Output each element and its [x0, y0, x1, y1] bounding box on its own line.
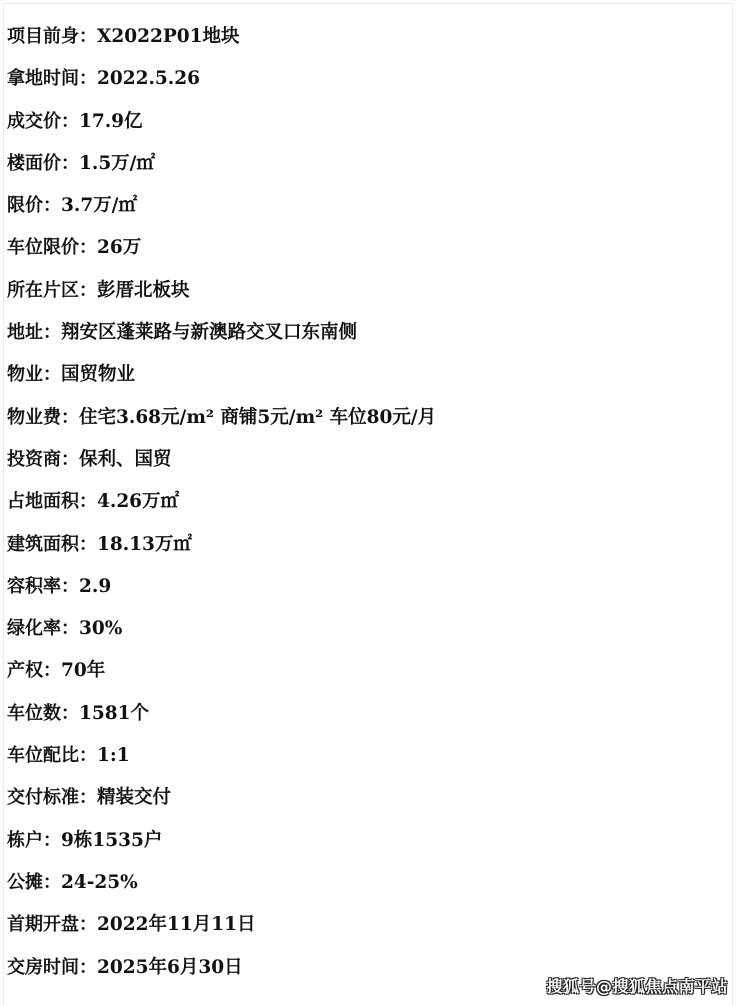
info-row-predecessor: 项目前身：X2022P01地块 — [7, 24, 436, 66]
row-value: 1:1 — [97, 745, 130, 766]
row-label: 建筑面积： — [7, 534, 97, 555]
row-value: 70年 — [61, 660, 105, 681]
row-label: 绿化率： — [7, 618, 79, 639]
row-label: 产权： — [7, 660, 61, 681]
info-row-floor-price: 楼面价：1.5万/㎡ — [7, 151, 436, 193]
row-value: 30% — [79, 618, 122, 639]
info-row-property-rights: 产权：70年 — [7, 658, 436, 700]
row-label: 成交价： — [7, 111, 79, 132]
info-row-district: 所在片区：彭厝北板块 — [7, 278, 436, 320]
row-value: 国贸物业 — [61, 364, 135, 385]
info-row-parking-ratio: 车位配比：1:1 — [7, 743, 436, 785]
info-row-property-fee: 物业费：住宅3.68元/m² 商铺5元/m² 车位80元/月 — [7, 405, 436, 447]
row-label: 拿地时间： — [7, 68, 97, 89]
info-row-land-area: 占地面积：4.26万㎡ — [7, 489, 436, 531]
row-label: 栋户： — [7, 830, 61, 851]
row-label: 物业： — [7, 364, 61, 385]
info-row-green-ratio: 绿化率：30% — [7, 616, 436, 658]
row-value: 3.7万/㎡ — [61, 195, 137, 216]
row-label: 地址： — [7, 322, 61, 343]
row-label: 交房时间： — [7, 957, 97, 978]
info-row-shared-area: 公摊：24-25% — [7, 870, 436, 912]
row-label: 车位数： — [7, 703, 79, 724]
row-value: 26万 — [97, 237, 141, 258]
row-label: 物业费： — [7, 407, 79, 428]
row-value: 18.13万㎡ — [97, 534, 192, 555]
row-value: 1.5万/㎡ — [79, 153, 155, 174]
info-row-property-mgmt: 物业：国贸物业 — [7, 362, 436, 404]
row-value: 保利、国贸 — [79, 449, 172, 470]
info-row-building-area: 建筑面积：18.13万㎡ — [7, 532, 436, 574]
info-row-price-cap: 限价：3.7万/㎡ — [7, 193, 436, 235]
row-value: X2022P01地块 — [97, 26, 240, 47]
row-value: 2022.5.26 — [97, 68, 200, 89]
row-label: 公摊： — [7, 872, 61, 893]
row-value: 24-25% — [61, 872, 138, 893]
row-value: 住宅3.68元/m² 商铺5元/m² 车位80元/月 — [79, 407, 436, 428]
info-row-land-date: 拿地时间：2022.5.26 — [7, 66, 436, 108]
row-value: 2.9 — [79, 576, 111, 597]
info-row-delivery-standard: 交付标准：精装交付 — [7, 785, 436, 827]
project-info-list: 项目前身：X2022P01地块 拿地时间：2022.5.26 成交价：17.9亿… — [7, 24, 436, 997]
row-label: 投资商： — [7, 449, 79, 470]
row-value: 1581个 — [79, 703, 149, 724]
row-value: 2025年6月30日 — [97, 957, 243, 978]
row-label: 占地面积： — [7, 491, 97, 512]
row-value: 4.26万㎡ — [97, 491, 179, 512]
info-row-handover-date: 交房时间：2025年6月30日 — [7, 955, 436, 997]
row-label: 限价： — [7, 195, 61, 216]
row-label: 容积率： — [7, 576, 79, 597]
info-row-plot-ratio: 容积率：2.9 — [7, 574, 436, 616]
row-label: 项目前身： — [7, 26, 97, 47]
info-row-investor: 投资商：保利、国贸 — [7, 447, 436, 489]
info-row-deal-price: 成交价：17.9亿 — [7, 109, 436, 151]
row-label: 所在片区： — [7, 280, 97, 301]
row-label: 首期开盘： — [7, 914, 97, 935]
info-row-first-opening: 首期开盘：2022年11月11日 — [7, 912, 436, 954]
row-value: 17.9亿 — [79, 111, 143, 132]
row-value: 精装交付 — [97, 787, 171, 808]
row-value: 2022年11月11日 — [97, 914, 255, 935]
row-label: 交付标准： — [7, 787, 97, 808]
row-label: 车位配比： — [7, 745, 97, 766]
info-row-parking-count: 车位数：1581个 — [7, 701, 436, 743]
row-value: 翔安区蓬莱路与新澳路交叉口东南侧 — [61, 322, 357, 343]
info-row-buildings-units: 栋户：9栋1535户 — [7, 828, 436, 870]
source-watermark: 搜狐号@搜狐焦点南平站 — [546, 974, 728, 997]
row-label: 车位限价： — [7, 237, 97, 258]
row-label: 楼面价： — [7, 153, 79, 174]
info-row-address: 地址：翔安区蓬莱路与新澳路交叉口东南侧 — [7, 320, 436, 362]
row-value: 彭厝北板块 — [97, 280, 190, 301]
info-row-parking-cap: 车位限价：26万 — [7, 235, 436, 277]
row-value: 9栋1535户 — [61, 830, 162, 851]
